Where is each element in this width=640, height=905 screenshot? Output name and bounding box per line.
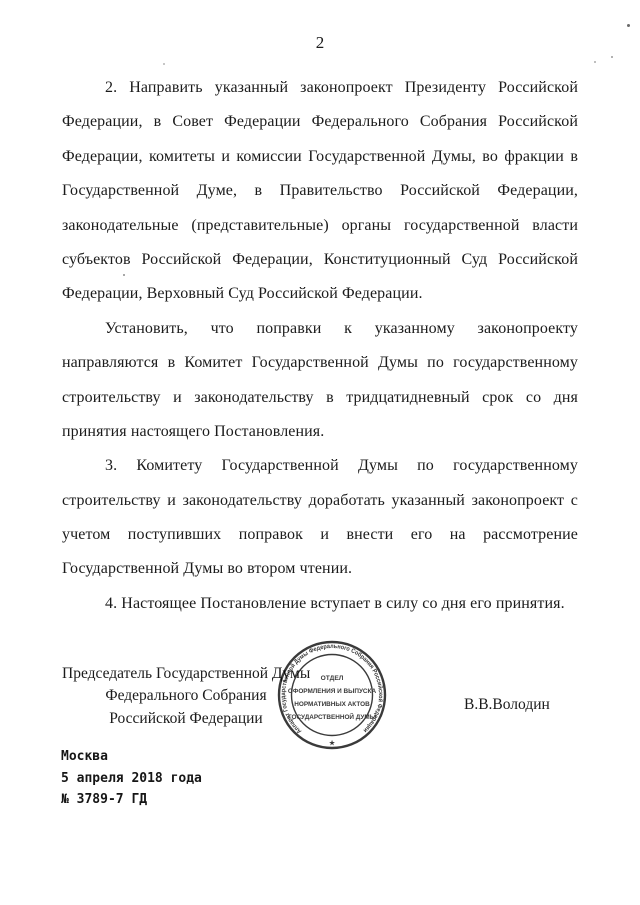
footer-city: Москва [61, 746, 202, 768]
body-line: 4. Настоящее Постановление вступает в си… [62, 587, 578, 621]
body-line: принятия настоящего Постановления. [62, 415, 578, 449]
scan-speck [594, 61, 596, 63]
body-line: Федерации, в Совет Федерации Федеральног… [62, 105, 578, 139]
body-line: 2. Направить указанный законопроект През… [62, 71, 578, 105]
signature-title-line: Российской Федерации [62, 708, 310, 730]
footer-block: Москва 5 апреля 2018 года № 3789-7 ГД [61, 746, 202, 811]
body-line: законодательные (представительные) орган… [62, 209, 578, 243]
body-line: Федерации, комитеты и комиссии Государст… [62, 140, 578, 174]
stamp-center-line: ОФОРМЛЕНИЯ И ВЫПУСКА [288, 688, 377, 695]
scan-speck [627, 24, 630, 27]
stamp-inner-ring [292, 655, 373, 736]
footer-date: 5 апреля 2018 года [61, 768, 202, 790]
stamp-center-line: ОТДЕЛ [321, 675, 344, 682]
stamp-outer-ring [279, 642, 385, 748]
signature-name: В.В.Володин [464, 696, 550, 714]
document-body: 2. Направить указанный законопроект През… [62, 71, 578, 621]
signature-title-line: Федерального Собрания [62, 685, 310, 707]
footer-number: № 3789-7 ГД [61, 789, 202, 811]
official-stamp-icon: Аппарат Государственной Думы Федеральног… [276, 639, 388, 751]
body-line: строительству и законодательству в тридц… [62, 381, 578, 415]
signature-title-line: Председатель Государственной Думы [62, 663, 310, 685]
signature-title: Председатель Государственной Думы Федера… [62, 663, 310, 730]
scan-speck [611, 56, 613, 58]
document-page: 2 2. Направить указанный законопроект Пр… [0, 0, 640, 905]
stamp-center-line: НОРМАТИВНЫХ АКТОВ [294, 701, 370, 708]
body-line: строительству и законодательству доработ… [62, 484, 578, 518]
body-line: Федерации, Верховный Суд Российской Феде… [62, 277, 578, 311]
scan-speck [123, 274, 125, 276]
body-line: 3. Комитету Государственной Думы по госу… [62, 449, 578, 483]
stamp-center-line: ГОСУДАРСТВЕННОЙ ДУМЫ [288, 712, 376, 721]
body-line: субъектов Российской Федерации, Конститу… [62, 243, 578, 277]
page-number: 2 [0, 33, 640, 53]
scan-speck [163, 63, 165, 65]
stamp-star-icon: ★ [329, 739, 336, 747]
body-line: Государственной Думы во втором чтении. [62, 552, 578, 586]
body-line: Установить, что поправки к указанному за… [62, 312, 578, 346]
body-line: направляются в Комитет Государственной Д… [62, 346, 578, 380]
body-line: учетом поступивших поправок и внести его… [62, 518, 578, 552]
body-line: Государственной Думе, в Правительство Ро… [62, 174, 578, 208]
